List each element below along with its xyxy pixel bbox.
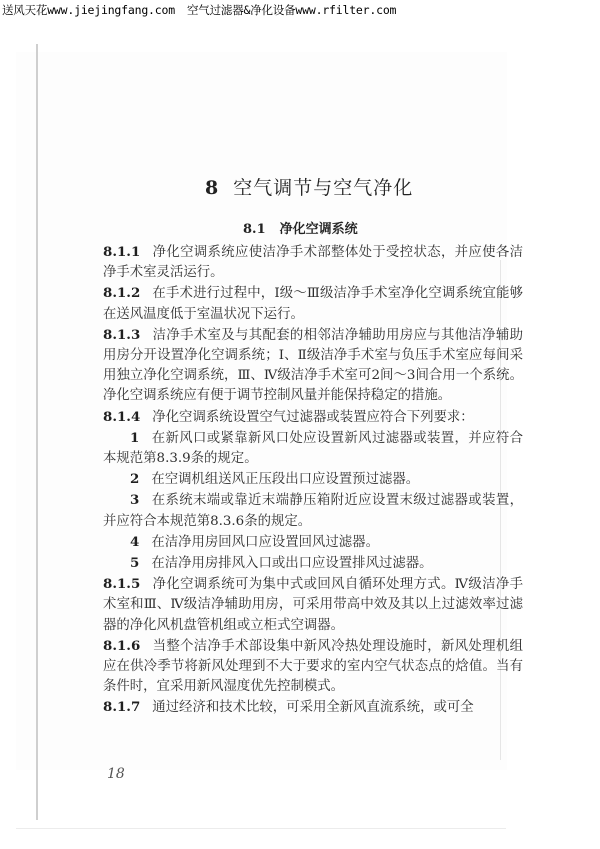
clause-8-1-1: 8.1.1净化空调系统应使洁净手术部整体处于受控状态，并应使各洁净手术室灵活运行…: [103, 242, 523, 283]
clause-text: 洁净手术室及与其配套的相邻洁净辅助用房应与其他洁净辅助用房分开设置净化空调系统；…: [103, 328, 523, 404]
item-number: 5: [130, 555, 139, 571]
clause-text: 通过经济和技术比较，可采用全新风直流系统，或可全: [152, 700, 473, 715]
clause-text: 当整个洁净手术部设集中新风冷热处理设施时，新风处理机组应在供冷季节将新风处理到不…: [103, 639, 523, 694]
item-number: 4: [130, 534, 139, 550]
clause-8-1-2: 8.1.2在手术进行过程中，Ⅰ级～Ⅲ级洁净手术室净化空调系统宜能够在送风温度低于…: [103, 283, 523, 324]
page-edge-left: [36, 44, 38, 820]
item-number: 3: [130, 492, 139, 508]
clause-8-1-7: 8.1.7通过经济和技术比较，可采用全新风直流系统，或可全: [103, 697, 523, 718]
clause-8-1-6: 8.1.6当整个洁净手术部设集中新风冷热处理设施时，新风处理机组应在供冷季节将新…: [103, 636, 523, 698]
item-text: 在系统末端或靠近末端静压箱附近应设置末级过滤器或装置，并应符合本规范第8.3.6…: [103, 493, 523, 528]
list-item: 4在洁净用房回风口应设置回风过滤器。: [103, 532, 523, 553]
clause-text: 在手术进行过程中，Ⅰ级～Ⅲ级洁净手术室净化空调系统宜能够在送风温度低于室温状况下…: [103, 286, 523, 321]
clause-text: 净化空调系统设置空气过滤器或装置应符合下列要求：: [152, 410, 473, 425]
list-item: 1在新风口或紧靠新风口处应设置新风过滤器或装置，并应符合本规范第8.3.9条的规…: [103, 428, 523, 469]
page-edge-bottom: [16, 828, 506, 829]
page-number: 18: [107, 766, 125, 782]
clause-number: 8.1.3: [103, 327, 140, 343]
clause-8-1-5: 8.1.5净化空调系统可为集中式或回风自循环处理方式。Ⅳ级洁净手术室和Ⅲ、Ⅳ级洁…: [103, 574, 523, 636]
item-text: 在洁净用房回风口应设置回风过滤器。: [151, 535, 379, 550]
item-text: 在洁净用房排风入口或出口应设置排风过滤器。: [151, 556, 432, 571]
chapter-heading: 8空气调节与空气净化: [205, 173, 413, 200]
section-title: 净化空调系统: [280, 222, 358, 237]
clause-8-1-4: 8.1.4净化空调系统设置空气过滤器或装置应符合下列要求：: [103, 407, 523, 428]
clause-text: 净化空调系统可为集中式或回风自循环处理方式。Ⅳ级洁净手术室和Ⅲ、Ⅳ级洁净辅助用房…: [103, 577, 523, 632]
list-item: 5在洁净用房排风入口或出口应设置排风过滤器。: [103, 553, 523, 574]
clause-number: 8.1.5: [103, 576, 140, 592]
watermark-right: 空气过滤器&净化设备www.rfilter.com: [187, 1, 396, 19]
clause-number: 8.1.7: [103, 699, 140, 715]
list-item: 2在空调机组送风正压段出口应设置预过滤器。: [103, 469, 523, 490]
clause-number: 8.1.2: [103, 285, 140, 301]
section-number: 8.1: [243, 222, 266, 237]
item-number: 2: [130, 471, 139, 487]
clause-number: 8.1.4: [103, 409, 140, 425]
body-text: 8.1.1净化空调系统应使洁净手术部整体处于受控状态，并应使各洁净手术室灵活运行…: [103, 242, 523, 719]
clause-number: 8.1.1: [103, 244, 140, 260]
item-text: 在空调机组送风正压段出口应设置预过滤器。: [151, 472, 419, 487]
section-heading: 8.1净化空调系统: [243, 218, 358, 237]
list-item: 3在系统末端或靠近末端静压箱附近应设置末级过滤器或装置，并应符合本规范第8.3.…: [103, 490, 523, 531]
watermark-left: 送风天花www.jiejingfang.com: [2, 1, 175, 19]
clause-text: 净化空调系统应使洁净手术部整体处于受控状态，并应使各洁净手术室灵活运行。: [103, 245, 523, 280]
chapter-number: 8: [205, 177, 219, 199]
chapter-title: 空气调节与空气净化: [233, 177, 413, 199]
watermark-header: 送风天花www.jiejingfang.com 空气过滤器&净化设备www.rf…: [0, 0, 600, 18]
item-text: 在新风口或紧靠新风口处应设置新风过滤器或装置，并应符合本规范第8.3.9条的规定…: [103, 431, 523, 466]
clause-8-1-3: 8.1.3洁净手术室及与其配套的相邻洁净辅助用房应与其他洁净辅助用房分开设置净化…: [103, 325, 523, 407]
item-number: 1: [130, 430, 139, 446]
clause-number: 8.1.6: [103, 638, 140, 654]
